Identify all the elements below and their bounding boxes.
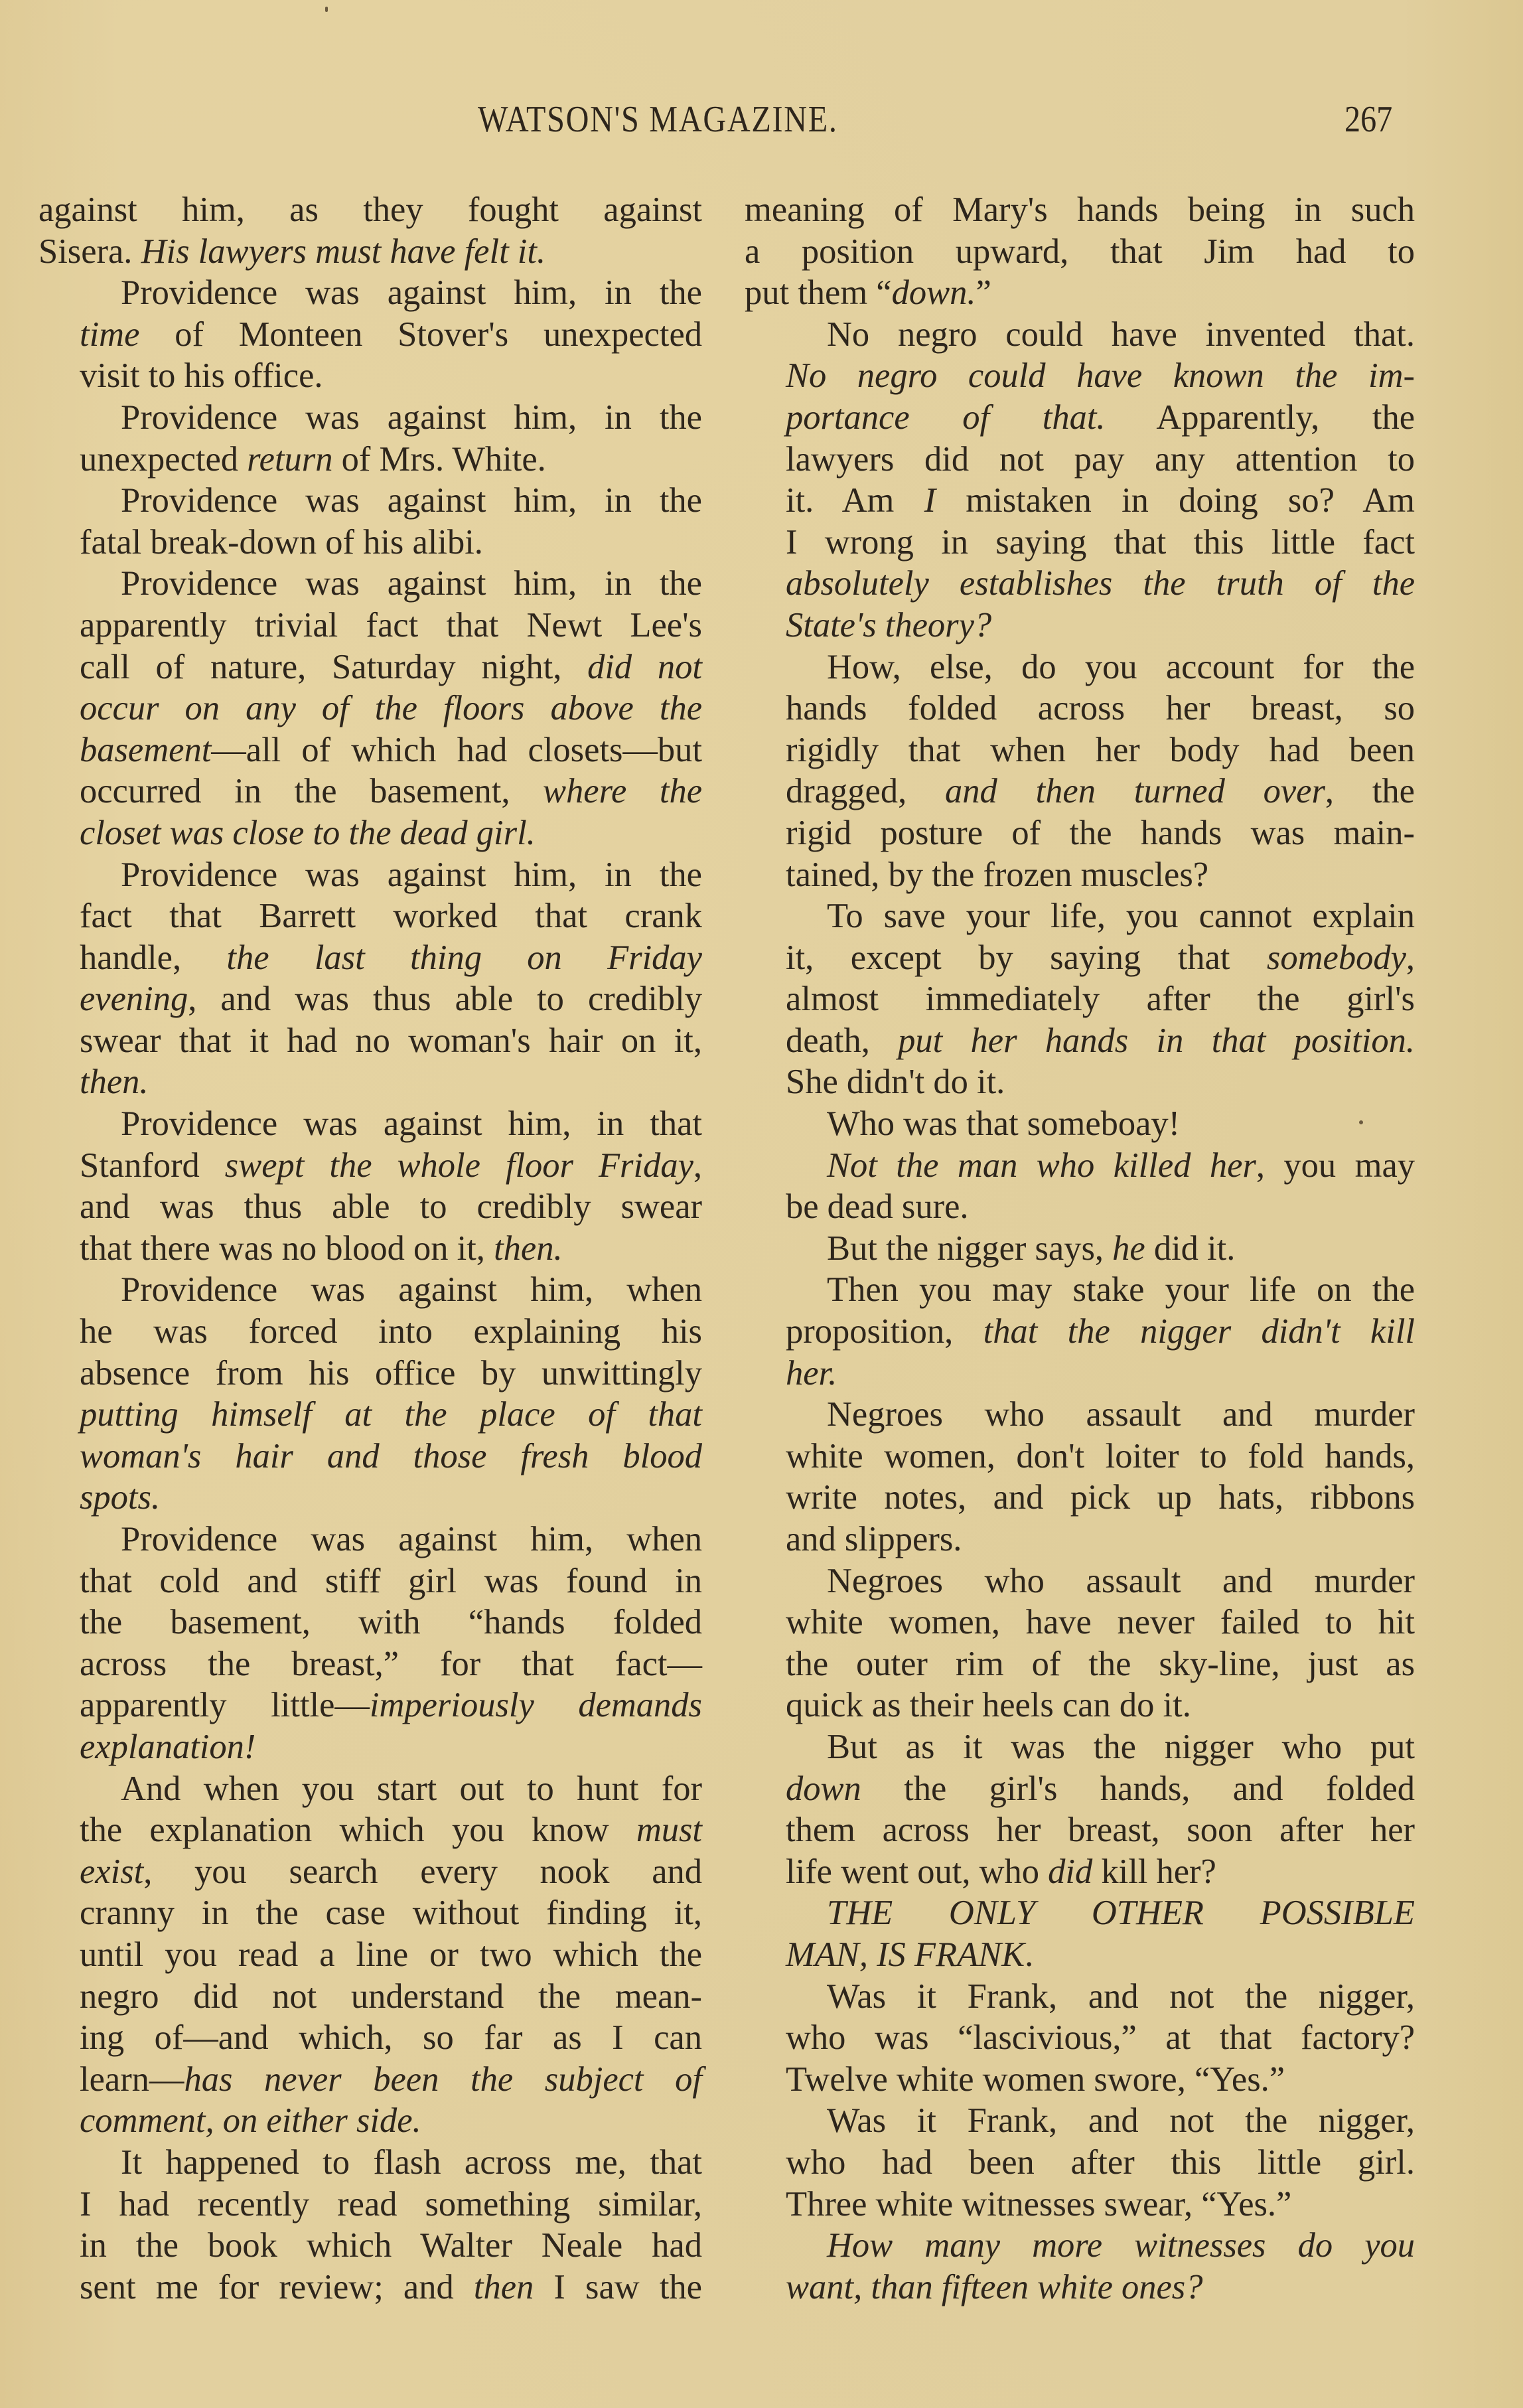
text-line: Providence was against him, in the (38, 272, 702, 314)
text-run: . (1025, 1935, 1033, 1974)
text-line: the outer rim of the sky-line, just as (745, 1643, 1415, 1685)
text-run: the basement, with “hands folded (80, 1603, 702, 1641)
text-line: apparently trivial fact that Newt Lee's (38, 605, 702, 646)
text-run: To save your life, you cannot explain (827, 897, 1415, 935)
text-run: sent me for review; and (80, 2268, 474, 2306)
text-run: white women, have never failed to hit (786, 1603, 1415, 1641)
text-run: white women, don't loiter to fold hands, (786, 1437, 1415, 1475)
text-run: Providence was against him, in the (121, 856, 702, 894)
text-line: Then you may stake your life on the (745, 1269, 1415, 1311)
text-line: Twelve white women swore, “Yes.” (745, 2059, 1415, 2101)
italic-text: His lawyers must have felt it. (141, 232, 546, 271)
text-line: across the breast,” for that fact— (38, 1643, 702, 1685)
text-run: Who was that someboay! (827, 1104, 1180, 1143)
paragraph: THE ONLY OTHER POSSIBLEMAN, IS FRANK. (745, 1892, 1415, 1975)
text-line: cranny in the case without finding it, (38, 1892, 702, 1934)
italic-text: he (1112, 1229, 1145, 1268)
text-line: Providence was against him, in the (38, 480, 702, 522)
text-line: put them “down.” (745, 272, 1415, 314)
text-run: I saw the (534, 2268, 702, 2306)
italic-text: swept the whole floor Friday (225, 1146, 693, 1185)
text-line: swear that it had no woman's hair on it, (38, 1020, 702, 1062)
text-line: comment, on either side. (38, 2100, 702, 2142)
text-line: No negro could have known the im- (745, 355, 1415, 397)
text-run: ” (976, 273, 991, 312)
text-line: her. (745, 1353, 1415, 1394)
text-run: learn— (80, 2060, 184, 2099)
text-line: it. Am I mistaken in doing so? Am (745, 480, 1415, 522)
italic-text: her. (786, 1354, 837, 1392)
text-run: Was it Frank, and not the nigger, (827, 1977, 1415, 2016)
text-run: it. Am (786, 481, 924, 520)
text-run: Twelve white women swore, “Yes.” (786, 2060, 1285, 2099)
text-line: And when you start out to hunt for (38, 1768, 702, 1810)
text-run: handle, (80, 939, 226, 977)
text-line: apparently little—imperiously demands (38, 1685, 702, 1726)
text-run: But as it was the nigger who put (827, 1728, 1415, 1766)
text-run: unexpected (80, 440, 247, 479)
text-run: , you may (1256, 1146, 1415, 1185)
text-line: the basement, with “hands folded (38, 1602, 702, 1643)
paragraph: To save your life, you cannot explainit,… (745, 895, 1415, 1103)
text-run: life went out, who (786, 1852, 1048, 1891)
text-line: Negroes who assault and murder (745, 1560, 1415, 1602)
text-line: almost immediately after the girl's (745, 978, 1415, 1020)
paragraph: But the nigger says, he did it. (745, 1228, 1415, 1270)
text-run: that there was no blood on it, (80, 1229, 494, 1268)
text-line: occurred in the basement, where the (38, 771, 702, 812)
italic-text: the last thing on Friday (226, 939, 702, 977)
text-run: I wrong in saying that this little fact (786, 523, 1415, 562)
text-line: time of Monteen Stover's unexpected (38, 314, 702, 356)
text-line: write notes, and pick up hats, ribbons (745, 1477, 1415, 1519)
text-line: quick as their heels can do it. (745, 1685, 1415, 1726)
text-line: basement—all of which had closets—but (38, 729, 702, 771)
italic-text: did (1048, 1852, 1092, 1891)
italic-text: State's theory? (786, 606, 991, 644)
text-run: But the nigger says, (827, 1229, 1112, 1268)
italic-text: No negro could have known the im- (786, 356, 1415, 395)
text-run: who was “lascivious,” at that factory? (786, 2018, 1415, 2057)
print-speck (1359, 1120, 1363, 1124)
text-line: Was it Frank, and not the nigger, (745, 2100, 1415, 2142)
text-run: swear that it had no woman's hair on it, (80, 1021, 702, 1060)
text-run: Was it Frank, and not the nigger, (827, 2101, 1415, 2140)
text-run: It happened to flash across me, that (121, 2143, 702, 2182)
italic-text: imperiously demands (370, 1686, 702, 1724)
text-line: I wrong in saying that this little fact (745, 522, 1415, 564)
text-run: visit to his office. (80, 356, 323, 395)
paragraph: No negro could have invented that.No neg… (745, 314, 1415, 646)
italic-text: absolutely establishes the truth of the (786, 564, 1415, 603)
italic-text: putting himself at the place of that (80, 1395, 702, 1434)
text-run: fatal break-down of his alibi. (80, 523, 483, 562)
text-line: absolutely establishes the truth of the (745, 563, 1415, 605)
text-line: a position upward, that Jim had to (745, 231, 1415, 273)
text-line: woman's hair and those fresh blood (38, 1436, 702, 1477)
text-run: of Monteen Stover's unexpected (139, 315, 702, 354)
text-line: lawyers did not pay any attention to (745, 439, 1415, 481)
text-line: sent me for review; and then I saw the (38, 2267, 702, 2308)
italic-text: put her hands in that position. (898, 1021, 1415, 1060)
text-run: of Mrs. White. (332, 440, 545, 479)
text-line: hands folded across her breast, so (745, 688, 1415, 729)
text-run: meaning of Mary's hands being in such (745, 190, 1415, 229)
text-run: rigidly that when her body had been (786, 731, 1415, 769)
text-run: apparently little— (80, 1686, 370, 1724)
italic-text: How many more witnesses do you (827, 2226, 1415, 2265)
text-run: fact that Barrett worked that crank (80, 897, 702, 935)
text-line: Negroes who assault and murder (745, 1394, 1415, 1436)
text-run: almost immediately after the girl's (786, 980, 1415, 1018)
text-line: State's theory? (745, 605, 1415, 646)
text-line: absence from his office by unwittingly (38, 1353, 702, 1394)
text-run: across the breast,” for that fact— (80, 1645, 702, 1683)
text-run: did it. (1145, 1229, 1236, 1268)
text-run: mistaken in doing so? Am (936, 481, 1415, 520)
italic-text: somebody (1267, 939, 1406, 977)
italic-text: evening (80, 980, 188, 1018)
text-run: hands folded across her breast, so (786, 689, 1415, 727)
text-line: To save your life, you cannot explain (745, 895, 1415, 937)
text-run: apparently trivial fact that Newt Lee's (80, 606, 702, 644)
text-run: the girl's hands, and folded (861, 1769, 1415, 1808)
text-line: death, put her hands in that position. (745, 1020, 1415, 1062)
italic-text: then. (494, 1229, 563, 1268)
text-run: call of nature, Saturday night, (80, 648, 587, 686)
italic-text: closet was close to the dead girl. (80, 814, 536, 852)
text-line: who was “lascivious,” at that factory? (745, 2017, 1415, 2059)
italic-text: down (786, 1769, 861, 1808)
text-run: them across her breast, soon after her (786, 1811, 1415, 1849)
text-run: Providence was against him, in the (121, 398, 702, 437)
text-run: occurred in the basement, (80, 772, 543, 810)
text-run: Sisera. (38, 232, 141, 271)
text-line: Providence was against him, when (38, 1519, 702, 1560)
text-line: against him, as they fought against (38, 189, 702, 231)
text-run: , and was thus able to credibly (188, 980, 702, 1018)
text-run: rigid posture of the hands was main- (786, 814, 1415, 852)
text-run: Providence was against him, in the (121, 273, 702, 312)
text-run: Providence was against him, in the (121, 564, 702, 603)
text-line: call of nature, Saturday night, did not (38, 646, 702, 688)
italic-text: woman's hair and those fresh blood (80, 1437, 702, 1475)
text-run: Providence was against him, when (121, 1270, 702, 1309)
text-line: exist, you search every nook and (38, 1851, 702, 1893)
text-line: Providence was against him, in that (38, 1103, 702, 1145)
text-run: Providence was against him, in that (121, 1104, 702, 1143)
italic-text: want, than fifteen white ones? (786, 2268, 1203, 2306)
paragraph: How many more witnesses do youwant, than… (745, 2225, 1415, 2308)
text-run: , you search every nook and (143, 1852, 702, 1891)
text-run: against him, as they fought against (38, 190, 702, 229)
paragraph: And when you start out to hunt forthe ex… (38, 1768, 702, 2142)
text-run: the outer rim of the sky-line, just as (786, 1645, 1415, 1683)
italic-text: occur on any of the floors above the (80, 689, 702, 727)
text-line: Who was that someboay! (745, 1103, 1415, 1145)
text-line: want, than fifteen white ones? (745, 2267, 1415, 2308)
paragraph: Providence was against him, whenhe was f… (38, 1269, 702, 1519)
text-line: But the nigger says, he did it. (745, 1228, 1415, 1270)
text-run: Three white witnesses swear, “Yes.” (786, 2185, 1291, 2223)
paragraph: Providence was against him, in theappare… (38, 563, 702, 854)
text-run: write notes, and pick up hats, ribbons (786, 1478, 1415, 1517)
text-run: be dead sure. (786, 1187, 969, 1226)
text-line: the explanation which you know must (38, 1809, 702, 1851)
text-line: THE ONLY OTHER POSSIBLE (745, 1892, 1415, 1934)
italic-text: exist (80, 1852, 143, 1891)
text-run: who had been after this little girl. (786, 2143, 1415, 2182)
text-line: white women, have never failed to hit (745, 1602, 1415, 1643)
text-run: it, except by saying that (786, 939, 1267, 977)
text-line: dragged, and then turned over, the (745, 771, 1415, 812)
text-line: I had recently read something similar, (38, 2184, 702, 2225)
text-line: Providence was against him, in the (38, 854, 702, 896)
text-run: , (1406, 939, 1415, 977)
text-line: portance of that. Apparently, the (745, 397, 1415, 439)
text-line: fact that Barrett worked that crank (38, 895, 702, 937)
text-line: unexpected return of Mrs. White. (38, 439, 702, 481)
paragraph: Providence was against him, whenthat col… (38, 1519, 702, 1768)
paragraph: How, else, do you account for thehands f… (745, 646, 1415, 896)
print-speck (325, 7, 328, 12)
text-line: explanation! (38, 1726, 702, 1768)
text-line: white women, don't loiter to fold hands, (745, 1436, 1415, 1477)
text-line: and slippers. (745, 1519, 1415, 1560)
text-line: learn—has never been the subject of (38, 2059, 702, 2101)
text-line: down the girl's hands, and folded (745, 1768, 1415, 1810)
text-run: and was thus able to credibly swear (80, 1187, 702, 1226)
text-run: put them “ (745, 273, 892, 312)
text-line: But as it was the nigger who put (745, 1726, 1415, 1768)
italic-text: comment, on either side. (80, 2101, 421, 2140)
text-run: lawyers did not pay any attention to (786, 440, 1415, 479)
text-line: evening, and was thus able to credibly (38, 978, 702, 1020)
paragraph: Negroes who assault and murderwhite wome… (745, 1560, 1415, 1726)
text-line: rigidly that when her body had been (745, 729, 1415, 771)
italic-text: where the (543, 772, 702, 810)
text-run: , the (1325, 772, 1415, 810)
text-run: , (693, 1146, 702, 1185)
paragraph: against him, as they fought againstSiser… (38, 189, 702, 272)
text-run: in the book which Walter Neale had (80, 2226, 702, 2265)
text-line: that cold and stiff girl was found in (38, 1560, 702, 1602)
left-column: against him, as they fought againstSiser… (38, 189, 702, 2308)
text-run: ing of—and which, so far as I can (80, 2018, 702, 2057)
text-line: meaning of Mary's hands being in such (745, 189, 1415, 231)
text-line: handle, the last thing on Friday (38, 937, 702, 979)
paragraph: It happened to flash across me, thatI ha… (38, 2142, 702, 2308)
text-line: who had been after this little girl. (745, 2142, 1415, 2184)
text-run: Negroes who assault and murder (827, 1562, 1415, 1600)
text-run: Providence was against him, when (121, 1520, 702, 1558)
text-run: Apparently, the (1106, 398, 1415, 437)
italic-text: portance of that. (786, 398, 1106, 437)
text-run: negro did not understand the mean- (80, 1977, 702, 2016)
paragraph: Then you may stake your life on thepropo… (745, 1269, 1415, 1394)
text-run: quick as their heels can do it. (786, 1686, 1191, 1724)
text-line: closet was close to the dead girl. (38, 812, 702, 854)
text-line: Providence was against him, in the (38, 397, 702, 439)
text-run: proposition, (786, 1312, 983, 1351)
text-line: be dead sure. (745, 1186, 1415, 1228)
paragraph: Providence was against him, in thefatal … (38, 480, 702, 563)
running-header: WATSON'S MAGAZINE. 267 (0, 98, 1523, 145)
text-run: And when you start out to hunt for (121, 1769, 702, 1808)
paragraph: Providence was against him, in thatStanf… (38, 1103, 702, 1269)
italic-text: that the nigger didn't kill (983, 1312, 1415, 1351)
text-run: cranny in the case without finding it, (80, 1894, 702, 1932)
magazine-title: WATSON'S MAGAZINE. (478, 98, 838, 141)
text-run: —all of which had closets—but (211, 731, 702, 769)
text-line: rigid posture of the hands was main- (745, 812, 1415, 854)
paragraph: Was it Frank, and not the nigger,who was… (745, 1976, 1415, 2101)
text-line: life went out, who did kill her? (745, 1851, 1415, 1893)
italic-text: Not the man who killed her (827, 1146, 1256, 1185)
text-line: Providence was against him, in the (38, 563, 702, 605)
text-line: and was thus able to credibly swear (38, 1186, 702, 1228)
italic-text: down. (892, 273, 976, 312)
paragraph: Providence was against him, in thetime o… (38, 272, 702, 397)
text-line: proposition, that the nigger didn't kill (745, 1311, 1415, 1353)
text-line: Providence was against him, when (38, 1269, 702, 1311)
text-line: Stanford swept the whole floor Friday, (38, 1145, 702, 1187)
italic-text: spots. (80, 1478, 160, 1517)
text-line: She didn't do it. (745, 1061, 1415, 1103)
text-run: kill her? (1092, 1852, 1216, 1891)
text-line: How, else, do you account for the (745, 646, 1415, 688)
text-line: No negro could have invented that. (745, 314, 1415, 356)
text-run: No negro could have invented that. (827, 315, 1415, 354)
page-number: 267 (1344, 98, 1392, 141)
paragraph: Was it Frank, and not the nigger,who had… (745, 2100, 1415, 2225)
italic-text: basement (80, 731, 211, 769)
italic-text: I (924, 481, 936, 520)
text-line: in the book which Walter Neale had (38, 2225, 702, 2267)
text-run: I had recently read something similar, (80, 2185, 702, 2223)
paragraph: Who was that someboay! (745, 1103, 1415, 1145)
italic-text: must (636, 1811, 702, 1849)
text-run: and slippers. (786, 1520, 962, 1558)
text-run: Providence was against him, in the (121, 481, 702, 520)
paragraph: Not the man who killed her, you maybe de… (745, 1145, 1415, 1228)
italic-text: return (247, 440, 332, 479)
text-line: it, except by saying that somebody, (745, 937, 1415, 979)
italic-text: MAN, IS FRANK (786, 1935, 1025, 1974)
text-line: putting himself at the place of that (38, 1394, 702, 1436)
text-run: How, else, do you account for the (827, 648, 1415, 686)
text-run: tained, by the frozen muscles? (786, 856, 1208, 894)
text-line: It happened to flash across me, that (38, 2142, 702, 2184)
right-column: meaning of Mary's hands being in sucha p… (745, 189, 1415, 2308)
italic-text: has never been the subject of (184, 2060, 702, 2099)
text-line: until you read a line or two which the (38, 1934, 702, 1976)
text-run: She didn't do it. (786, 1063, 1005, 1101)
text-line: fatal break-down of his alibi. (38, 522, 702, 564)
text-run: Then you may stake your life on the (827, 1270, 1415, 1309)
text-run: Stanford (80, 1146, 225, 1185)
text-run: dragged, (786, 772, 945, 810)
text-line: How many more witnesses do you (745, 2225, 1415, 2267)
magazine-page: WATSON'S MAGAZINE. 267 against him, as t… (0, 0, 1523, 2408)
paragraph: meaning of Mary's hands being in sucha p… (745, 189, 1415, 314)
paragraph: Providence was against him, in thefact t… (38, 854, 702, 1104)
italic-text: and then turned over (945, 772, 1325, 810)
text-line: Sisera. His lawyers must have felt it. (38, 231, 702, 273)
italic-text: time (80, 315, 139, 354)
text-line: Three white witnesses swear, “Yes.” (745, 2184, 1415, 2225)
text-line: that there was no blood on it, then. (38, 1228, 702, 1270)
text-line: tained, by the frozen muscles? (745, 854, 1415, 896)
text-run: that cold and stiff girl was found in (80, 1562, 702, 1600)
text-line: Not the man who killed her, you may (745, 1145, 1415, 1187)
text-line: visit to his office. (38, 355, 702, 397)
text-run: he was forced into explaining his (80, 1312, 702, 1351)
text-line: occur on any of the floors above the (38, 688, 702, 729)
italic-text: then. (80, 1063, 149, 1101)
paragraph: But as it was the nigger who putdown the… (745, 1726, 1415, 1892)
text-run: a position upward, that Jim had to (745, 232, 1415, 271)
text-line: then. (38, 1061, 702, 1103)
text-run: absence from his office by unwittingly (80, 1354, 702, 1392)
paragraph: Providence was against him, in theunexpe… (38, 397, 702, 480)
text-line: he was forced into explaining his (38, 1311, 702, 1353)
text-run: until you read a line or two which the (80, 1935, 702, 1974)
italic-text: THE ONLY OTHER POSSIBLE (827, 1894, 1415, 1932)
italic-text: then (474, 2268, 534, 2306)
text-run: Negroes who assault and murder (827, 1395, 1415, 1434)
text-line: MAN, IS FRANK. (745, 1934, 1415, 1976)
text-run: death, (786, 1021, 898, 1060)
paragraph: Negroes who assault and murderwhite wome… (745, 1394, 1415, 1560)
italic-text: did not (587, 648, 702, 686)
text-line: Was it Frank, and not the nigger, (745, 1976, 1415, 2018)
text-line: negro did not understand the mean- (38, 1976, 702, 2018)
italic-text: explanation! (80, 1728, 255, 1766)
text-line: them across her breast, soon after her (745, 1809, 1415, 1851)
text-line: spots. (38, 1477, 702, 1519)
text-run: the explanation which you know (80, 1811, 636, 1849)
text-line: ing of—and which, so far as I can (38, 2017, 702, 2059)
